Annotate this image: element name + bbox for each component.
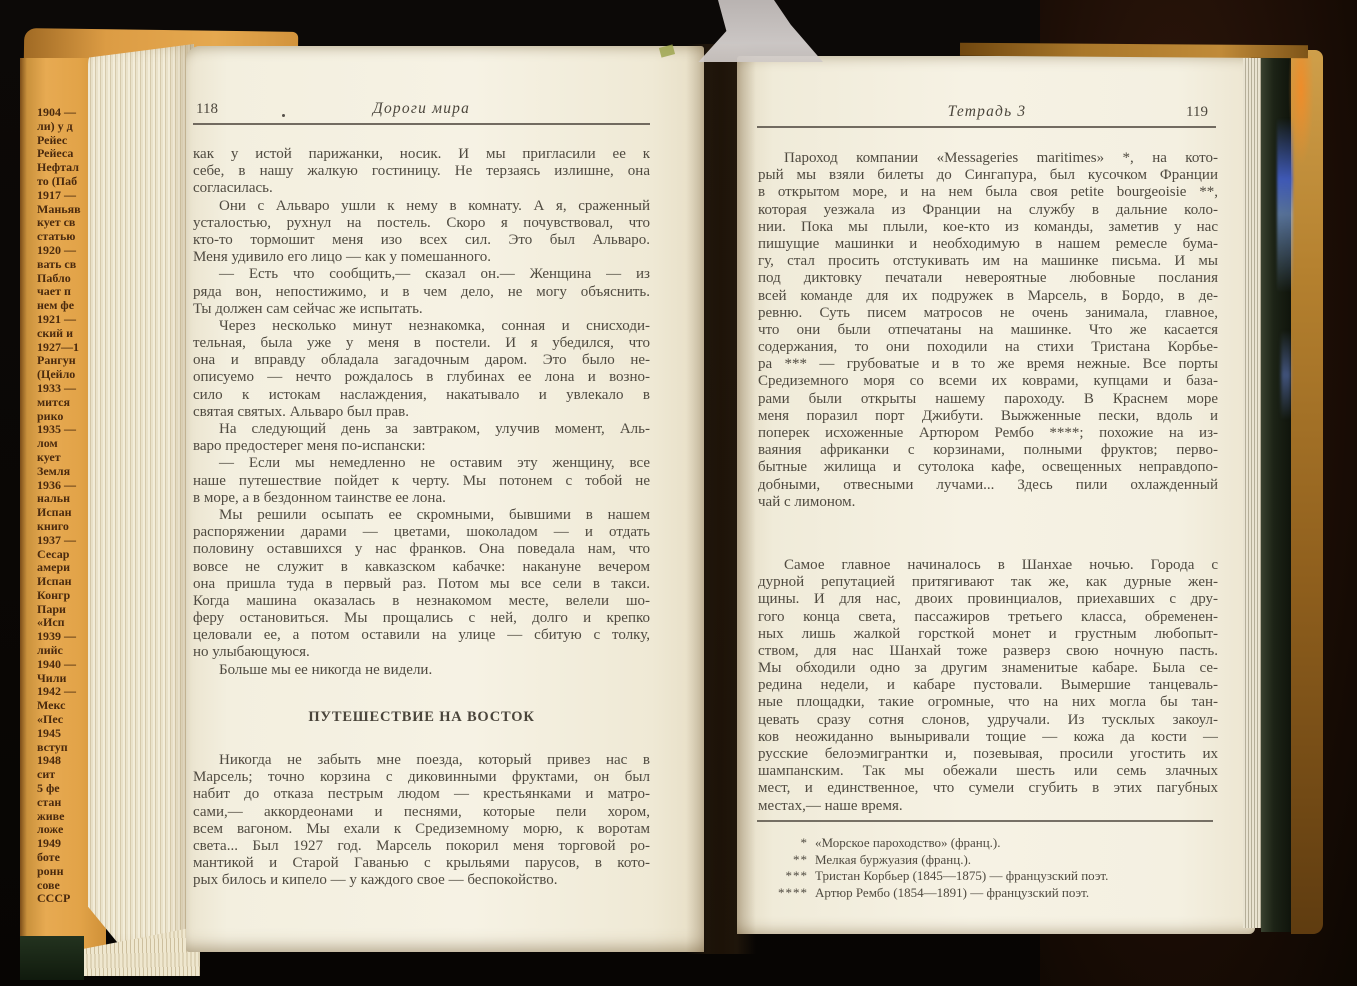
footnote-text: Артюр Рембо (1854—1891) — французский по…: [815, 885, 1212, 902]
glint-blue: [1277, 118, 1293, 293]
text-line: Мы обходили одно за другим знаменитые ка…: [758, 660, 1218, 677]
text-line: согласилась.: [193, 180, 650, 197]
text-line: Они с Альваро ушли к нему в комнату. А я…: [193, 198, 650, 215]
text-line: вовсе не служит в кавказском кабачке: на…: [193, 559, 650, 576]
footnote-marker: ****: [762, 885, 815, 902]
text-line: которая уезжала из Франции на службу в д…: [758, 202, 1218, 219]
text-line: Пароход компании «Messageries maritimes»…: [758, 150, 1218, 167]
text-line: бытные жилища и сутолока кафе, освещенны…: [758, 459, 1218, 476]
paragraph: Они с Альваро ушли к нему в комнату. А я…: [193, 198, 650, 267]
text-line: она пришла туда в первый раз. Потом мы в…: [193, 576, 650, 593]
footnote: **Мелкая буржуазия (франц.).: [762, 852, 1212, 869]
text-line: Когда машина оказалась в незнакомом мест…: [193, 593, 650, 610]
text-line: ваяния африканки с корзинами, полными фр…: [758, 442, 1218, 459]
text-line: ряда вон, непостижимо, и в чем дело, не …: [193, 284, 650, 301]
text-line: Меня удивило его лицо — как у помешанног…: [193, 249, 650, 266]
paragraph: Мы решили осыпать ее скромными, бывшими …: [193, 507, 650, 662]
header-rule-right: [757, 126, 1216, 128]
text-line: редина недели, и кабаре пустовали. Вымер…: [758, 677, 1218, 694]
text-line: Марсель; точно корзина с диковинными фру…: [193, 769, 650, 786]
footnote-marker: ***: [762, 868, 815, 885]
running-title-left: Дороги мира: [193, 100, 650, 118]
text-line: в море, а в бездонном таинстве ее лона.: [193, 490, 650, 507]
footnotes: *«Морское пароходство» (франц.).**Мелкая…: [762, 835, 1212, 901]
glint-blue-2: [1281, 330, 1291, 420]
text-line: меня поразил порт Джибути. Выжженные пес…: [758, 408, 1218, 425]
text-line: ством, для нас Шанхай тоже разверз свою …: [758, 643, 1218, 660]
text-line: Больше мы ее никогда не видели.: [193, 662, 650, 679]
section-heading: ПУТЕШЕСТВИЕ НА ВОСТОК: [193, 709, 650, 726]
top-amber-edge: [960, 43, 1308, 58]
text-line: всей команде для их подружек в Марсель, …: [758, 288, 1218, 305]
text-line: пишущие машинки и необходимую в нашем ре…: [758, 236, 1218, 253]
text-line: что они были отпечатаны на машинке. Что …: [758, 322, 1218, 339]
text-line: шампанским. Так мы обежали шесть или сем…: [758, 763, 1218, 780]
fore-edge-right: [1243, 58, 1263, 928]
page-stack-left: [88, 44, 194, 952]
footnote-marker: **: [762, 852, 815, 869]
text-line: гу, стал просить отстукивать им на машин…: [758, 253, 1218, 270]
text-line: варо предостерег меня по-испански:: [193, 438, 650, 455]
text-line: святая святых. Альваро был прав.: [193, 404, 650, 421]
book-photo: 1904 —ли) у дРейесРейесаНефталто (Паб191…: [0, 0, 1357, 986]
text-line: нии. Пока мы плыли, кое-кто из команды, …: [758, 219, 1218, 236]
text-line: цевать сразу сотня слонов, удручали. Из …: [758, 712, 1218, 729]
page-number-right: 119: [1186, 104, 1208, 121]
text-line: Мы решили осыпать ее скромными, бывшими …: [193, 507, 650, 524]
paragraph: — Если мы немедленно не оставим эту женщ…: [193, 455, 650, 507]
text-line: ра *** — грубоватые и в то же время нежн…: [758, 356, 1218, 373]
text-line: всем вагоном. Мы ехали к Средиземному мо…: [193, 821, 650, 838]
text-line: кто-то тормошит меня изо всех сил. Это б…: [193, 232, 650, 249]
text-line: набит до отказа пестрым людом — крестьян…: [193, 786, 650, 803]
text-line: Средиземного моря со всеми их коврами, к…: [758, 373, 1218, 390]
text-line: Через несколько минут незнакомка, сонная…: [193, 318, 650, 335]
text-line: добными, отвесными лучами... Здесь пили …: [758, 477, 1218, 494]
paragraph: — Есть что сообщить,— сказал он.— Женщин…: [193, 266, 650, 318]
text-line: щины. И для нас, двоих провинциалов, при…: [758, 591, 1218, 608]
text-line: она и вправду обладала загадочным даром.…: [193, 352, 650, 369]
text-line: как у истой парижанки, носик. И мы пригл…: [193, 146, 650, 163]
running-title-right: Тетрадь 3: [758, 103, 1216, 121]
text-line: мантикой и Старой Гаванью с крыльями пар…: [193, 855, 650, 872]
footnote-text: Мелкая буржуазия (франц.).: [815, 852, 1212, 869]
text-line: но улыбающуюся.: [193, 644, 650, 661]
text-line: русские белоэмигрантки и, позевывая, про…: [758, 746, 1218, 763]
text-line: в открытом море, и на нем была своя peti…: [758, 184, 1218, 201]
text-line: На следующий день за завтраком, улучив м…: [193, 421, 650, 438]
cover-corner: [20, 936, 84, 980]
text-line: ков неожиданно выныривали тощие — кожа д…: [758, 729, 1218, 746]
paragraph: Через несколько минут незнакомка, сонная…: [193, 318, 650, 421]
text-line: чай с лимоном.: [758, 494, 1218, 511]
text-line: себе, в нашу жалкую гостиницу. Не терзая…: [193, 163, 650, 180]
header-rule-left: [193, 123, 650, 125]
text-line: распоряжении дарами — цветами, шоколадом…: [193, 524, 650, 541]
text-line: феру остановиться. Мы прощались с ней, д…: [193, 610, 650, 627]
text-line: — Если мы немедленно не оставим эту женщ…: [193, 455, 650, 472]
text-line: целовали ее, а потом оставили на улице —…: [193, 627, 650, 644]
text-line: рых билось и кипело — у каждого свое — б…: [193, 872, 650, 889]
text-line: света... Был 1927 год. Марсель покорил м…: [193, 838, 650, 855]
text-line: гого конца света, пассажиров третьего кл…: [758, 609, 1218, 626]
gutter-shadow: [686, 44, 756, 954]
body-text-left: как у истой парижанки, носик. И мы пригл…: [193, 146, 650, 890]
paragraph: Самое главное начиналось в Шанхае ночью.…: [758, 557, 1218, 815]
body-text-right: Пароход компании «Messageries maritimes»…: [758, 150, 1218, 815]
footnote-rule: [757, 820, 1213, 822]
text-line: под диктовку печатали невероятные любовн…: [758, 270, 1218, 287]
text-line: дурной репутацией притягивают так же, ка…: [758, 574, 1218, 591]
paragraph: На следующий день за завтраком, улучив м…: [193, 421, 650, 455]
text-line: наше путешествие пойдет к черту. Мы пото…: [193, 473, 650, 490]
left-section-paragraphs: Никогда не забыть мне поезда, который пр…: [193, 752, 650, 890]
footnote-text: Тристан Корбьер (1845—1875) — французски…: [815, 868, 1212, 885]
paragraph: Больше мы ее никогда не видели.: [193, 662, 650, 679]
text-line: сило к истокам наслаждения, накатывало и…: [193, 387, 650, 404]
text-line: половину оставшихся у нас франков. Она п…: [193, 541, 650, 558]
text-line: поперек исхоженные Артюром Рембо ****; п…: [758, 425, 1218, 442]
ink-speck: [282, 114, 285, 117]
cover-amber-edge: [1291, 50, 1323, 934]
text-line: тельная, была уже у меня в постели. И я …: [193, 335, 650, 352]
footnote-text: «Морское пароходство» (франц.).: [815, 835, 1212, 852]
text-line: — Есть что сообщить,— сказал он.— Женщин…: [193, 266, 650, 283]
paragraph: Пароход компании «Messageries maritimes»…: [758, 150, 1218, 511]
text-line: рый мы взяли билеты до Сингапура, был ку…: [758, 167, 1218, 184]
text-line: содержания, то они походили на стихи Три…: [758, 339, 1218, 356]
text-line: Ты должен сам сейчас же испытать.: [193, 301, 650, 318]
text-line: ревню. Суть писем матросов не очень зани…: [758, 305, 1218, 322]
footnote-marker: *: [762, 835, 815, 852]
text-line: местах,— наше время.: [758, 798, 1218, 815]
paragraph: как у истой парижанки, носик. И мы пригл…: [193, 146, 650, 198]
text-line: Самое главное начиналось в Шанхае ночью.…: [758, 557, 1218, 574]
text-line: рами были открыты нашему пароходу. В Кра…: [758, 391, 1218, 408]
text-line: Никогда не забыть мне поезда, который пр…: [193, 752, 650, 769]
text-line: ных лишь жалкой горсткой монет и грустны…: [758, 626, 1218, 643]
text-line: мест, и единственное, что сумели сгубить…: [758, 780, 1218, 797]
footnote: *«Морское пароходство» (франц.).: [762, 835, 1212, 852]
text-line: усталостью, рухнул на постель. Скоро я п…: [193, 215, 650, 232]
paragraph: Никогда не забыть мне поезда, который пр…: [193, 752, 650, 890]
text-line: описуемо — нечто рождалось в глубинах ее…: [193, 369, 650, 386]
footnote: ***Тристан Корбьер (1845—1875) — француз…: [762, 868, 1212, 885]
left-paragraphs: как у истой парижанки, носик. И мы пригл…: [193, 146, 650, 679]
text-line: ные площадки, такие огромные, что на них…: [758, 694, 1218, 711]
text-line: сами,— аккордеонами и песнями, которые п…: [193, 804, 650, 821]
tissue-bookmark: [690, 0, 830, 62]
footnote: ****Артюр Рембо (1854—1891) — французски…: [762, 885, 1212, 902]
